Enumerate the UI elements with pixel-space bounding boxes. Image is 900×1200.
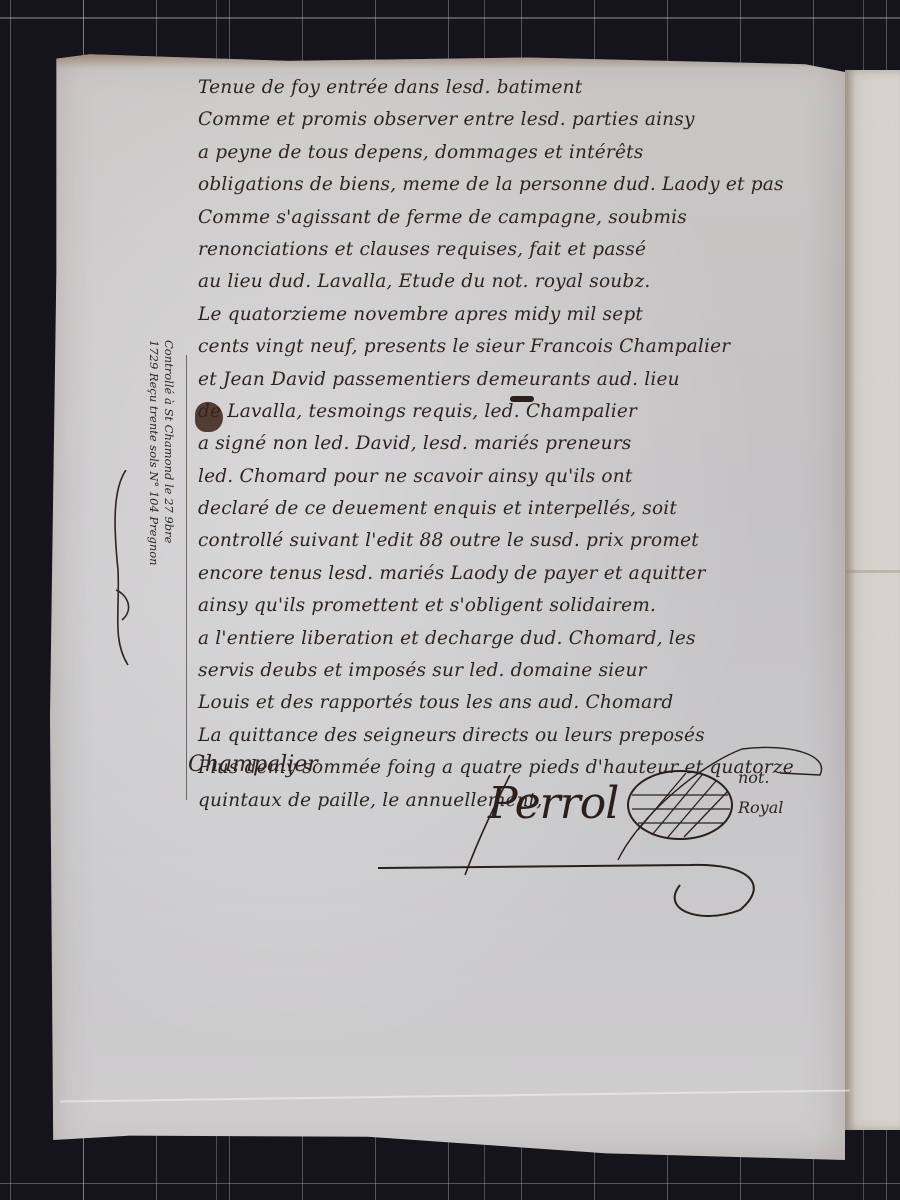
cloth-grid-line [0,1183,900,1184]
body-line: Louis et des rapportés tous les ans aud.… [198,687,858,719]
margin-note-line: Controllé à St Chamond le 27 9bre [161,340,176,740]
notary-title: not. Royal [738,763,783,823]
document-body: Tenue de foy entrée dans lesd. batiment … [198,72,858,817]
notary-signature-block: Perrol not. Royal [370,735,850,935]
body-line: au lieu dud. Lavalla, Etude du not. roya… [198,266,858,298]
body-line: obligations de biens, meme de la personn… [198,169,858,201]
margin-rule [186,355,187,800]
body-line: encore tenus lesd. mariés Laody de payer… [198,558,858,590]
cloth-grid-line [0,18,900,19]
body-line: renonciations et clauses requises, fait … [198,234,858,266]
body-line: a signé non led. David, lesd. mariés pre… [198,428,858,460]
body-line: declaré de ce deuement enquis et interpe… [198,493,858,525]
body-line: led. Chomard pour ne scavoir ainsy qu'il… [198,461,858,493]
body-line: a l'entiere liberation et decharge dud. … [198,623,858,655]
body-line: cents vingt neuf, presents le sieur Fran… [198,331,858,363]
body-line: Comme et promis observer entre lesd. par… [198,104,858,136]
ink-strikethrough [510,396,534,402]
body-line: controllé suivant l'edit 88 outre le sus… [198,525,858,557]
witness-signature: Champalier [188,752,318,777]
margin-note-line: 1729 Reçu trente sols N° 104 Pregnon [146,340,161,740]
body-line: Le quatorzieme novembre apres midy mil s… [198,299,858,331]
body-line: a peyne de tous depens, dommages et inté… [198,137,858,169]
body-line: ainsy qu'ils promettent et s'obligent so… [198,590,858,622]
margin-control-note: Controllé à St Chamond le 27 9bre 1729 R… [146,340,176,740]
ink-blot [195,402,223,432]
notary-title-line: not. [738,763,783,793]
notary-signature-name: Perrol [488,778,618,829]
body-line: et Jean David passementiers demeurants a… [198,364,858,396]
notary-title-line: Royal [738,793,783,823]
margin-signature-flourish [108,470,138,670]
body-line: servis deubs et imposés sur led. domaine… [198,655,858,687]
body-line: Tenue de foy entrée dans lesd. batiment [198,72,858,104]
body-line: Comme s'agissant de ferme de campagne, s… [198,202,858,234]
